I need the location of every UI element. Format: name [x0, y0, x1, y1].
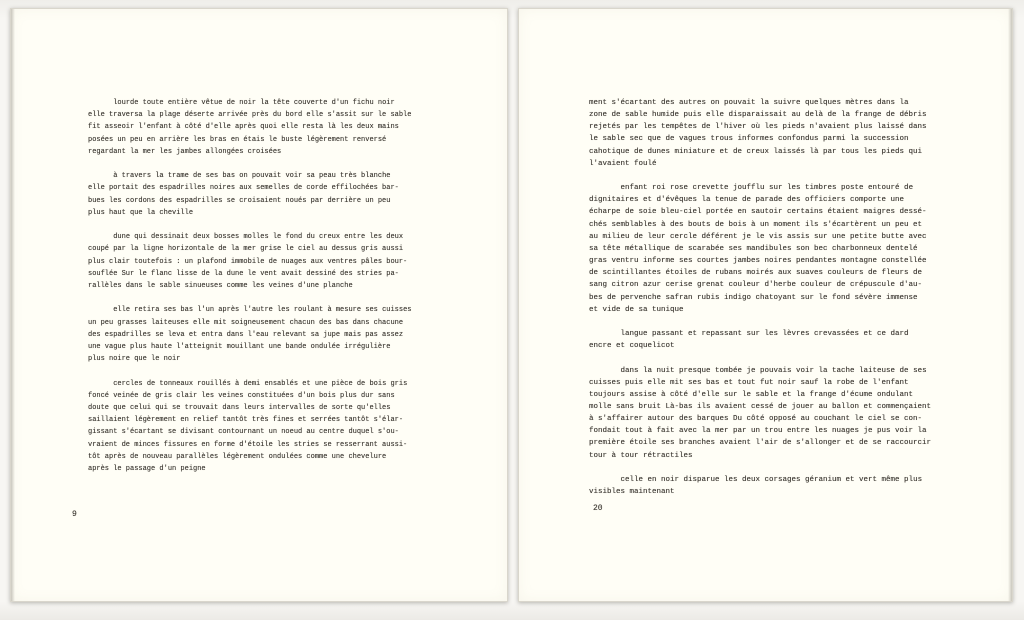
paragraph: enfant roi rose crevette joufflu sur les… [589, 182, 941, 316]
book-page-right: ment s'écartant des autres on pouvait la… [518, 8, 1013, 602]
paragraph: dans la nuit presque tombée je pouvais v… [589, 365, 941, 462]
paragraph: langue passant et repassant sur les lèvr… [589, 328, 941, 352]
page-number-right: 20 [593, 504, 603, 513]
paragraph: à travers la trame de ses bas on pouvait… [88, 170, 423, 219]
paragraph: ment s'écartant des autres on pouvait la… [589, 97, 941, 170]
book-page-left: lourde toute entière vêtue de noir la tê… [10, 8, 508, 602]
page-number-left: 9 [72, 510, 77, 519]
paragraph: dune qui dessinait deux bosses molles le… [88, 231, 423, 292]
paragraph: celle en noir disparue les deux corsages… [589, 474, 941, 498]
book-scan-spread: lourde toute entière vêtue de noir la tê… [0, 0, 1024, 620]
paragraph: cercles de tonneaux rouillés à demi ensa… [88, 378, 423, 476]
page-right-text-block: ment s'écartant des autres on pouvait la… [589, 97, 941, 498]
paragraph: elle retira ses bas l'un après l'autre l… [88, 304, 423, 365]
page-left-text-block: lourde toute entière vêtue de noir la tê… [88, 97, 423, 475]
paragraph: lourde toute entière vêtue de noir la tê… [88, 97, 423, 158]
